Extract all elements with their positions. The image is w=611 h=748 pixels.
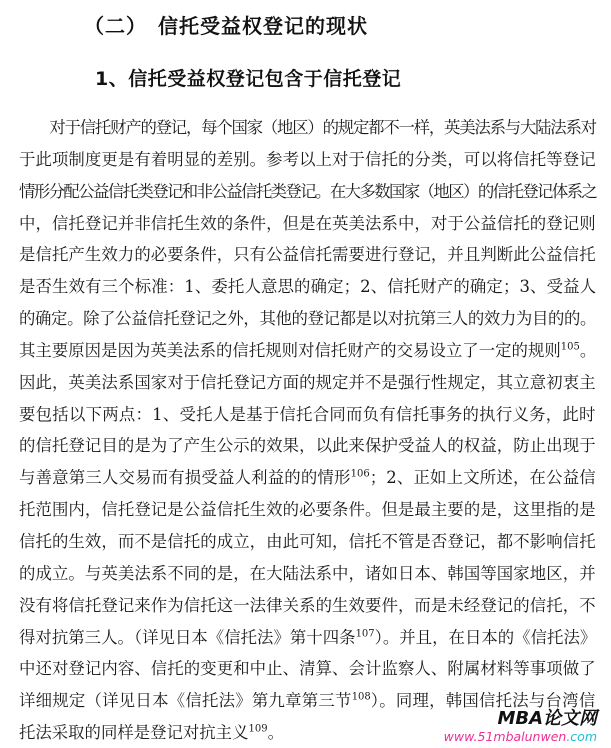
sub-heading: 1、信托受益权登记包含于信托登记 — [95, 64, 401, 91]
watermark-url-tld: .com — [566, 729, 597, 744]
paragraph-line: 信托的生效，而不是信托的成立，由此可知，信托不管是否登记，都不影响信托 — [19, 526, 596, 558]
document-page: （二） 信托受益权登记的现状 1、信托受益权登记包含于信托登记 对于信托财产的登… — [0, 0, 611, 748]
footnote-reference: 106 — [351, 469, 370, 480]
paragraph-line: 中还对登记内容、信托的变更和中止、清算、会计监察人、附属材料等事项做了 — [19, 653, 596, 685]
footnote-reference: 109 — [248, 724, 267, 735]
paragraph-line: 的成立。与英美法系不同的是，在大陆法系中，诸如日本、韩国等国家地区，并 — [19, 558, 596, 590]
watermark-site-url: www.51mbalunwen.com — [444, 730, 597, 744]
paragraph-line: 中，信托登记并非信托生效的条件，但是在英美法系中，对于公益信托的登记则 — [19, 208, 596, 240]
footnote-reference: 108 — [352, 692, 371, 703]
paragraph-line: 没有将信托登记来作为信托这一法律关系的生效要件，而是未经登记的信托，不 — [19, 590, 596, 622]
paragraph-line: 要包括以下两点：1、受托人是基于信托合同而负有信托事务的执行义务，此时 — [19, 399, 596, 431]
paragraph: 对于信托财产的登记，每个国家（地区）的规定都不一样，英美法系与大陆法系对于此项制… — [19, 112, 596, 748]
paragraph-line: 得对抗第三人。（详见日本《信托法》第十四条107）。并且，在日本的《信托法》 — [19, 622, 596, 654]
footnote-reference: 105 — [561, 341, 580, 352]
paragraph-line: 对于信托财产的登记，每个国家（地区）的规定都不一样，英美法系与大陆法系对 — [19, 112, 596, 144]
watermark-url-main: www.51mbalunwen — [444, 729, 567, 744]
paragraph-line: 的信托登记目的是为了产生公示的效果，以此来保护受益人的权益，防止出现于 — [19, 430, 596, 462]
paragraph-line: 的确定。除了公益信托登记之外，其他的登记都是以对抗第三人的效力为目的的。 — [19, 303, 596, 335]
watermark: MBA论文网 www.51mbalunwen.com — [444, 709, 597, 744]
paragraph-line: 于此项制度更是有着明显的差别。参考以上对于信托的分类，可以将信托等登记 — [19, 144, 596, 176]
paragraph-line: 托范围内，信托登记是公益信托生效的必要条件。但是最主要的是，这里指的是 — [19, 494, 596, 526]
paragraph-line: 是信托产生效力的必要条件，只有公益信托需要进行登记，并且判断此公益信托 — [19, 239, 596, 271]
footnote-reference: 107 — [356, 628, 375, 639]
watermark-site-name: MBA论文网 — [444, 709, 597, 730]
section-heading: （二） 信托受益权登记的现状 — [84, 10, 368, 39]
paragraph-line: 是否生效有三个标准：1、委托人意思的确定；2、信托财产的确定；3、受益人 — [19, 271, 596, 303]
paragraph-line: 因此，英美法系国家对于信托登记方面的规定并不是强行性规定，其立意初衷主 — [19, 367, 596, 399]
paragraph-line: 情形分配公益信托类登记和非公益信托类登记。在大多数国家（地区）的信托登记体系之 — [19, 176, 596, 208]
paragraph-line: 与善意第三人交易而有损受益人利益的的情形106；2、正如上文所述，在公益信 — [19, 462, 596, 494]
paragraph-line: 其主要原因是因为英美法系的信托规则对信托财产的交易设立了一定的规则105。 — [19, 335, 596, 367]
